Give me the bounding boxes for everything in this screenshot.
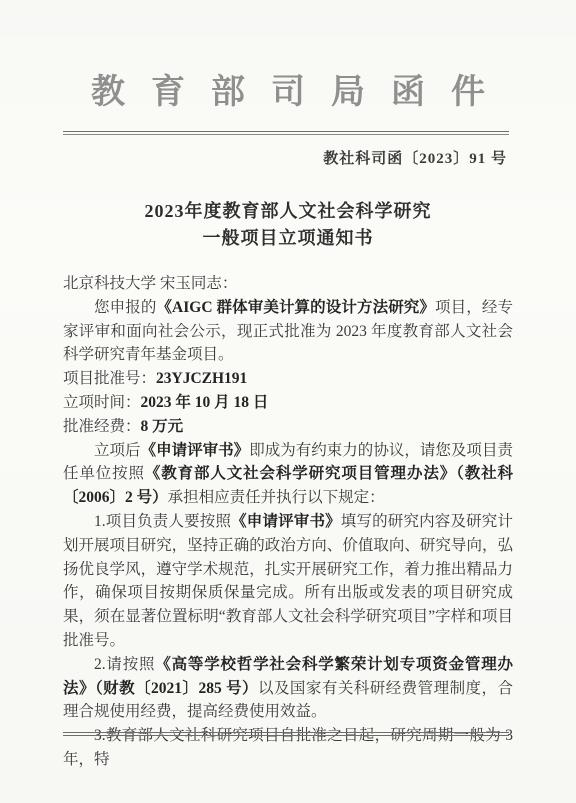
letterhead-title: 教育部司局函件 — [0, 72, 576, 114]
footer-divider — [63, 732, 509, 736]
info-row-approval-date: 立项时间：2023 年 10 月 18 日 — [63, 391, 513, 415]
notice-title-line2: 一般项目立项通知书 — [0, 225, 576, 252]
funding-measures-docno: （财教〔2021〕285 号） — [95, 680, 258, 697]
letter-body: 北京科技大学 宋玉同志： 您申报的《AIGC 群体审美计算的设计方法研究》项目，… — [63, 272, 513, 772]
review-book-title: 《申请评审书》 — [231, 513, 341, 530]
project-title: 《AIGC 群体审美计算的设计方法研究》 — [156, 299, 435, 316]
para-agreement: 立项后《申请评审书》即成为有约束力的协议，请您及项目责任单位按照《教育部人文社会… — [63, 439, 513, 510]
clause-1-text: 填写的研究内容及研究计划开展项目研究，坚持正确的政治方向、价值取向、研究导向，弘… — [63, 513, 513, 649]
approval-date-label: 立项时间： — [63, 394, 141, 411]
info-row-approved-funding: 批准经费：8 万元 — [63, 415, 513, 439]
notice-title: 2023年度教育部人文社会科学研究 一般项目立项通知书 — [0, 198, 576, 252]
para-approval-pre: 您申报的 — [94, 299, 156, 316]
document-page: 教育部司局函件 教社科司函〔2023〕91 号 2023年度教育部人文社会科学研… — [0, 0, 576, 803]
clause-1: 1.项目负责人要按照《申请评审书》填写的研究内容及研究计划开展项目研究，坚持正确… — [63, 510, 513, 653]
info-row-approval-number: 项目批准号：23YJCZH191 — [63, 367, 513, 391]
management-measures-title: 《教育部人文社会科学研究项目管理办法》 — [145, 465, 456, 482]
approval-number-label: 项目批准号： — [63, 370, 156, 387]
header-divider — [63, 131, 509, 135]
salutation: 北京科技大学 宋玉同志： — [63, 272, 513, 296]
letterhead-title-text: 教育部司局函件 — [91, 74, 511, 111]
clause-2-text: 2.请按照 — [94, 656, 155, 673]
doc-number: 教社科司函〔2023〕91 号 — [323, 147, 507, 168]
approval-date-value: 2023 年 10 月 18 日 — [141, 394, 269, 411]
approved-funding-label: 批准经费： — [63, 418, 141, 435]
approval-number-value: 23YJCZH191 — [156, 370, 247, 387]
clause-2: 2.请按照《高等学校哲学社会科学繁荣计划专项资金管理办法》（财教〔2021〕28… — [63, 653, 513, 724]
approved-funding-value: 8 万元 — [141, 418, 184, 435]
review-book-title: 《申请评审书》 — [141, 442, 250, 459]
para-agreement-text: 承担相应责任并执行以下规定： — [168, 489, 385, 506]
notice-title-line1: 2023年度教育部人文社会科学研究 — [0, 198, 576, 225]
clause-1-text: 1.项目负责人要按照 — [94, 513, 231, 530]
para-approval: 您申报的《AIGC 群体审美计算的设计方法研究》项目，经专家评审和面向社会公示，… — [63, 296, 513, 367]
para-agreement-text: 立项后 — [94, 442, 141, 459]
